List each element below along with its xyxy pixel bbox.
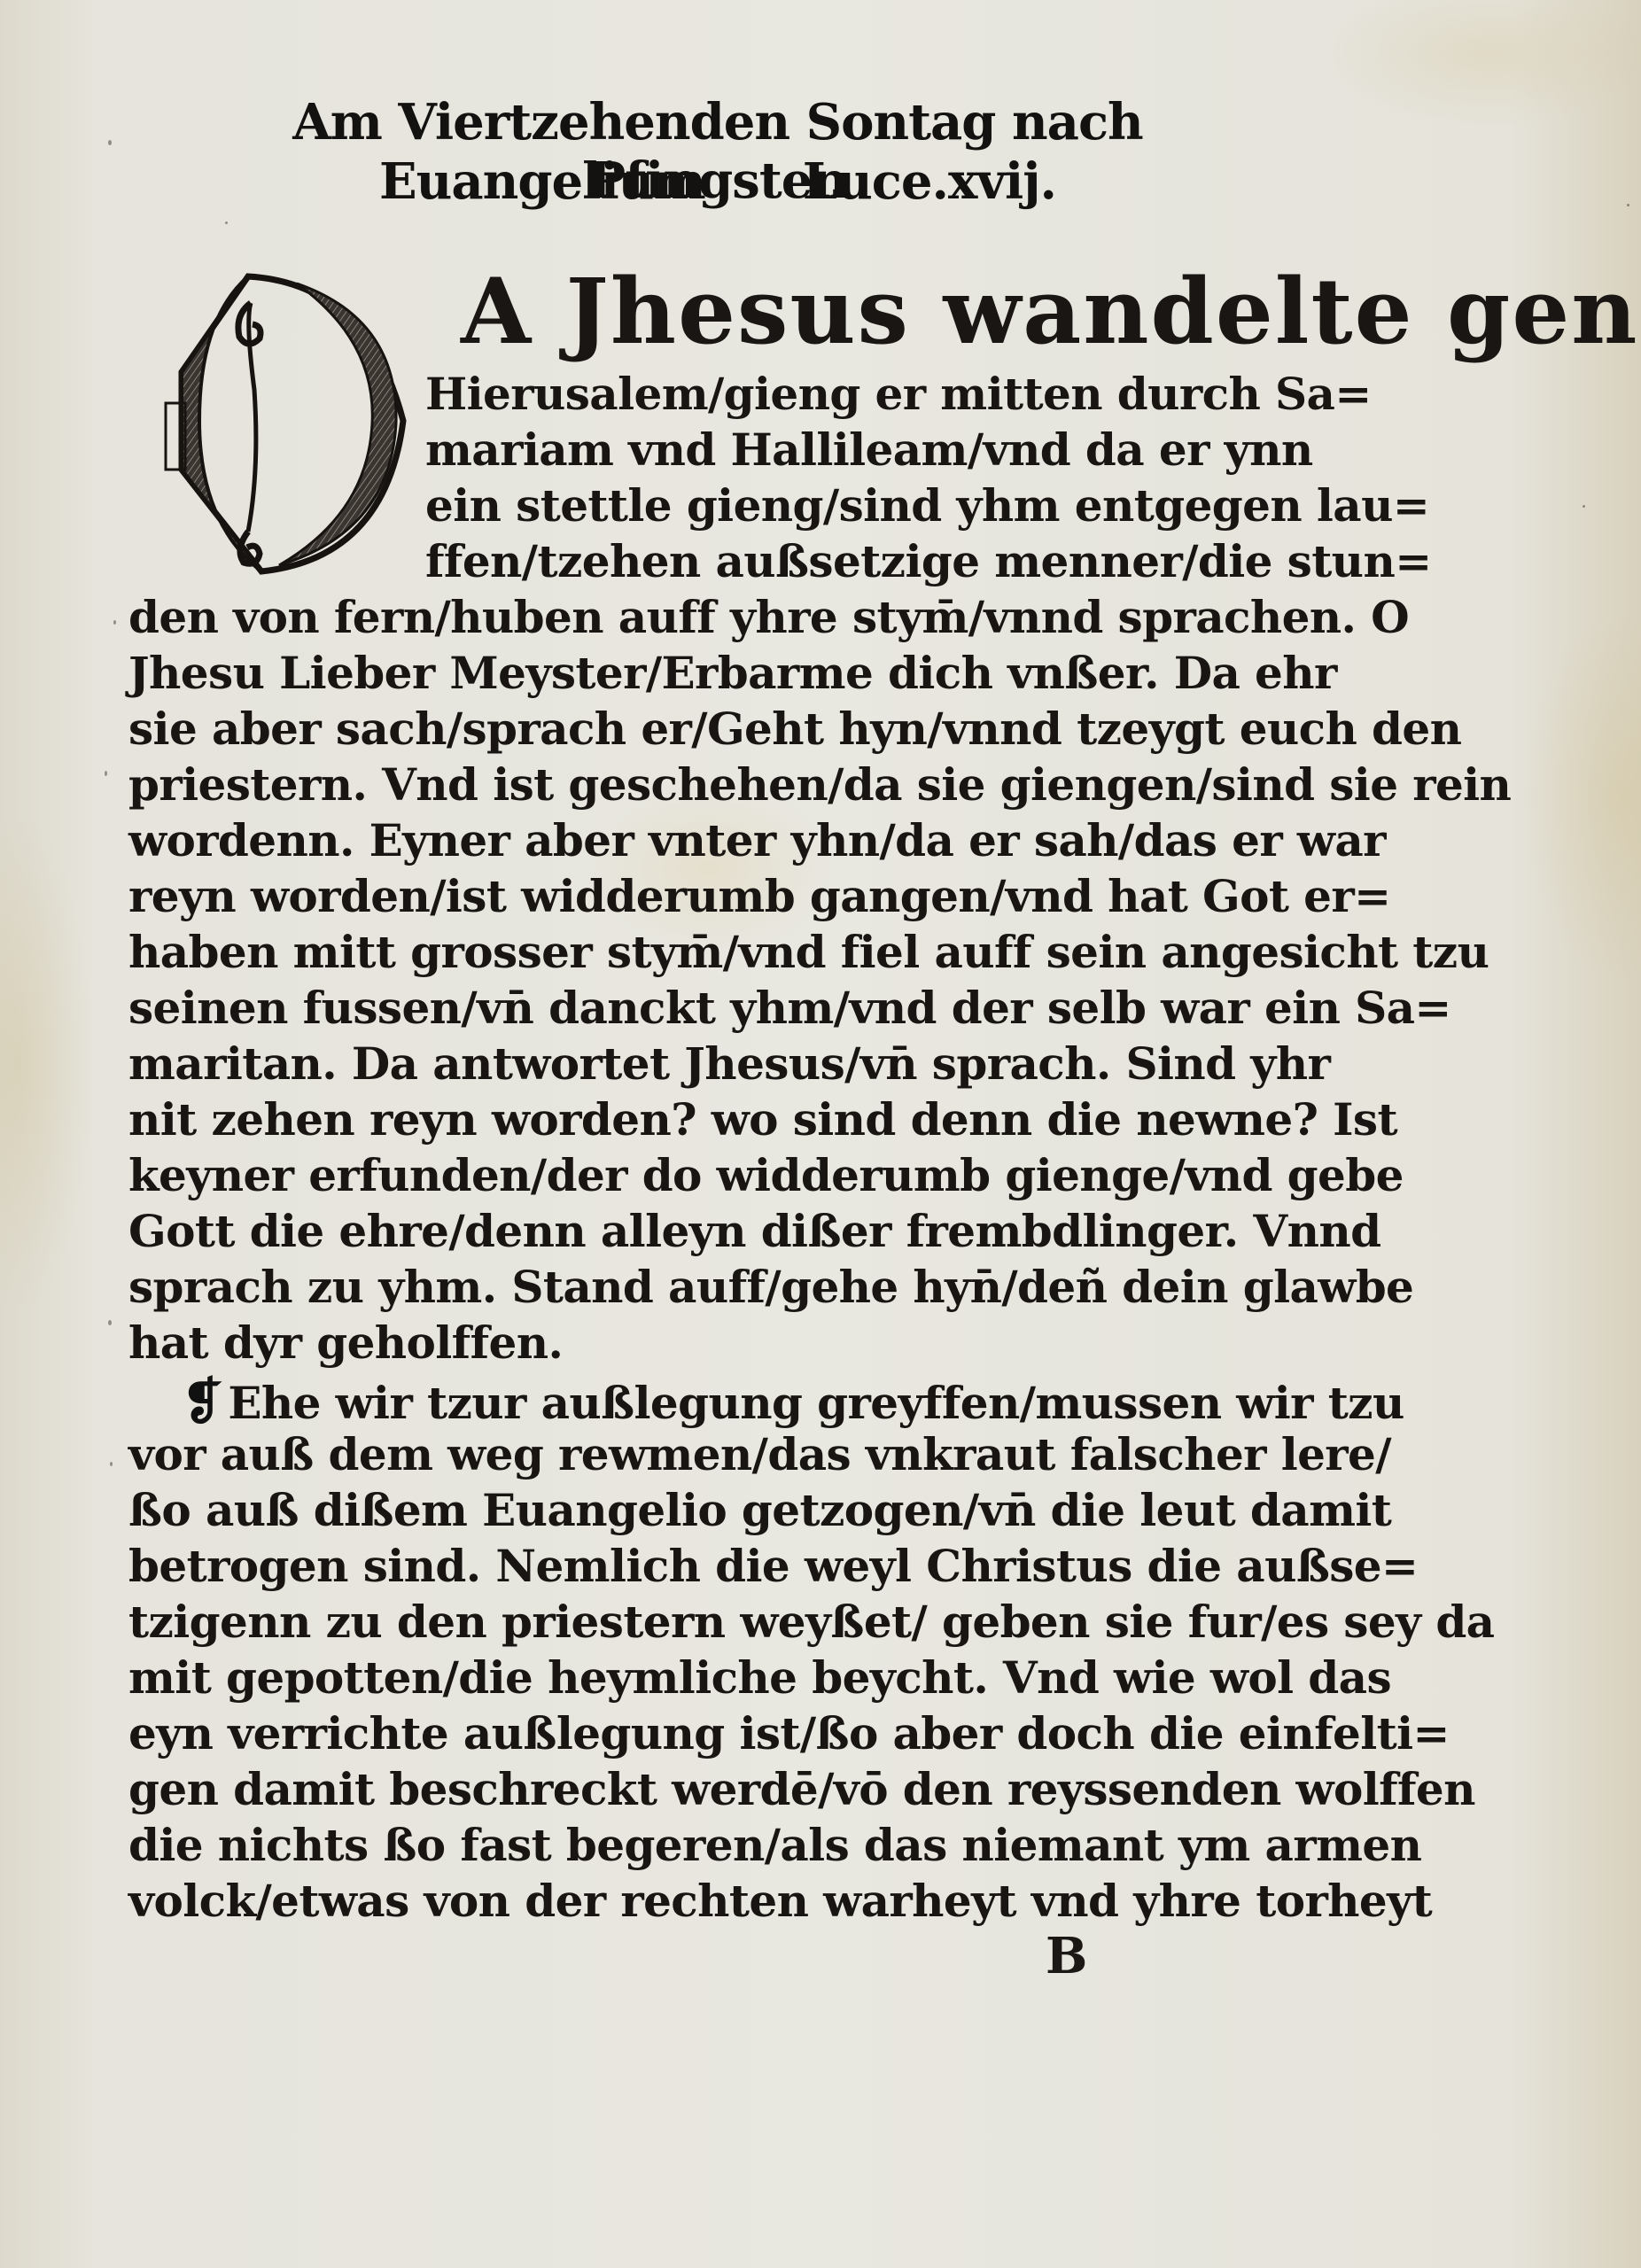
commentary-line: betrogen sind. Nemlich die weyl Christus…	[128, 1540, 1360, 1592]
decorated-initial-d-icon	[164, 266, 421, 576]
text-line: ein stettle gieng/sind yhm entgegen lau=	[425, 479, 1356, 532]
book-page: Am Viertzehenden Sontag nach Pfingsten E…	[0, 0, 1641, 2268]
opening-line: A Jhesus wandelte gen	[461, 259, 1365, 365]
text-line: Jhesu Lieber Meyster/Erbarme dich vnßer.…	[128, 647, 1360, 699]
text-line: reyn worden/ist widderumb gangen/vnd hat…	[128, 870, 1360, 922]
text-line: Hierusalem/gieng er mitten durch Sa=	[425, 368, 1356, 420]
text-line: nit zehen reyn worden? wo sind denn die …	[128, 1093, 1360, 1146]
text-line: hat dyr geholffen.	[128, 1317, 1360, 1369]
text-line: mariam vnd Hallileam/vnd da er ynn	[425, 423, 1356, 476]
gospel-label: Euangelium	[379, 152, 705, 211]
text-line: sie aber sach/sprach er/Geht hyn/vnnd tz…	[128, 703, 1360, 755]
gospel-chapter: Luce.xvij.	[803, 152, 1056, 211]
commentary-line: ßo auß dißem Euangelio getzogen/vn̄ die …	[128, 1484, 1360, 1536]
commentary-line: vor auß dem weg rewmen/das vnkraut falsc…	[128, 1428, 1360, 1480]
signature-mark: B	[1046, 1927, 1087, 1985]
text-line: den von fern/huben auff yhre stym̄/vnnd …	[128, 591, 1360, 643]
text-line: seinen fussen/vn̄ danckt yhm/vnd der sel…	[128, 982, 1360, 1034]
text-line: priestern. Vnd ist geschehen/da sie gien…	[128, 758, 1360, 811]
text-line: wordenn. Eyner aber vnter yhn/da er sah/…	[128, 814, 1360, 866]
commentary-line: mit gepotten/die heymliche beycht. Vnd w…	[128, 1651, 1360, 1704]
commentary-line: eyn verrichte außlegung ist/ßo aber doch…	[128, 1707, 1360, 1759]
commentary-first-line: ❡Ehe wir tzur außlegung greyffen/mussen …	[182, 1372, 1360, 1431]
pilcrow-icon: ❡	[182, 1372, 222, 1431]
page-heading-reference: EuangeliumLuce.xvij.	[204, 152, 1232, 211]
text-line: sprach zu yhm. Stand auff/gehe hyn̄/deñ …	[128, 1261, 1360, 1313]
text-line: ffen/tzehen außsetzige menner/die stun=	[425, 535, 1356, 587]
text-line: Gott die ehre/denn alleyn dißer frembdli…	[128, 1205, 1360, 1257]
commentary-line: die nichts ßo fast begeren/als das niema…	[128, 1819, 1360, 1871]
text-line: maritan. Da antwortet Jhesus/vn̄ sprach.…	[128, 1037, 1360, 1090]
text-line: haben mitt grosser stym̄/vnd fiel auff s…	[128, 926, 1360, 978]
commentary-line: gen damit beschreckt werdē/vō den reysse…	[128, 1763, 1360, 1815]
commentary-text: Ehe wir tzur außlegung greyffen/mussen w…	[228, 1377, 1404, 1429]
text-line: keyner erfunden/der do widderumb gienge/…	[128, 1149, 1360, 1201]
commentary-line: tzigenn zu den priestern weyßet/ geben s…	[128, 1596, 1360, 1648]
commentary-line: volck/etwas von der rechten warheyt vnd …	[128, 1875, 1360, 1927]
